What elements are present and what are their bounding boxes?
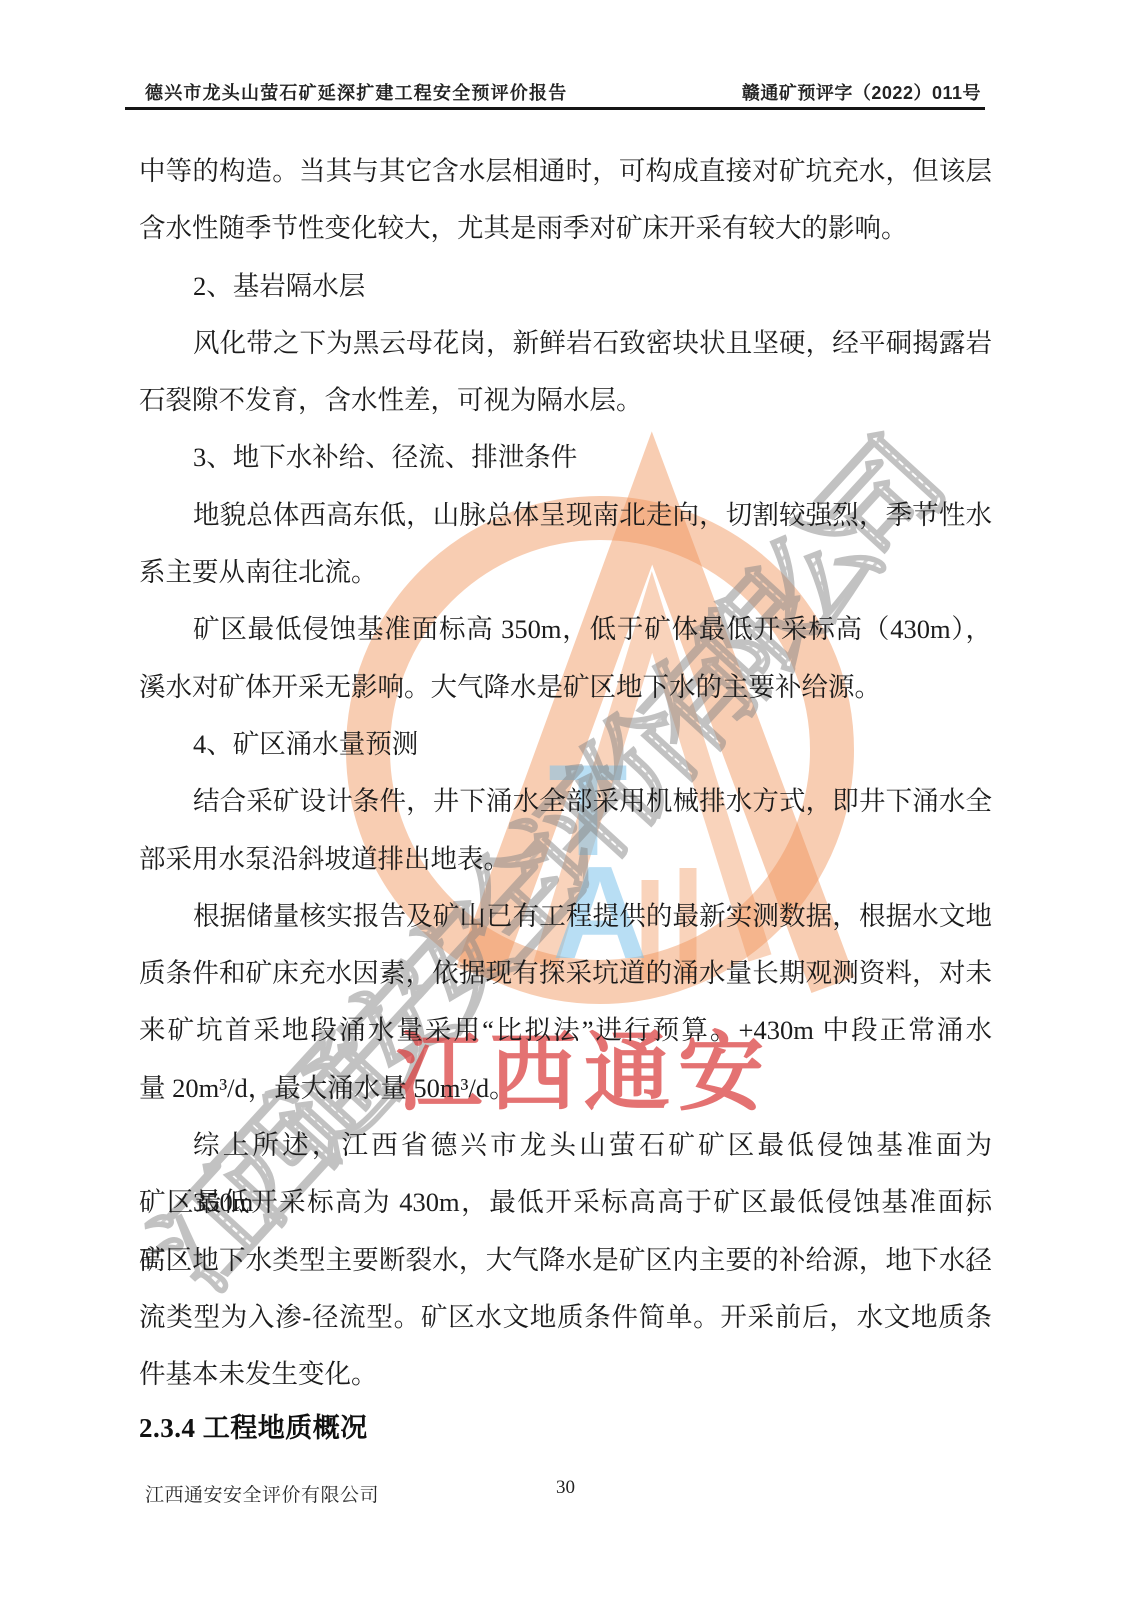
header-rule <box>125 107 985 110</box>
body-line: 质条件和矿床充水因素，依据现有探采坑道的涌水量长期观测资料，对未 <box>139 945 992 1002</box>
header-report-title: 德兴市龙头山萤石矿延深扩建工程安全预评价报告 <box>145 79 567 105</box>
body-line: 地貌总体西高东低，山脉总体呈现南北走向，切割较强烈，季节性水 <box>139 487 992 544</box>
body-line: 石裂隙不发育，含水性差，可视为隔水层。 <box>139 372 992 429</box>
body-line: 部采用水泵沿斜坡道排出地表。 <box>139 831 992 888</box>
body-line: 件基本未发生变化。 <box>139 1346 992 1403</box>
body-line: 矿区最低开采标高为 430m，最低开采标高高于矿区最低侵蚀基准面标高。 <box>139 1174 992 1231</box>
body-line: 2、基岩隔水层 <box>139 258 992 315</box>
body-line: 风化带之下为黑云母花岗，新鲜岩石致密块状且坚硬，经平硐揭露岩 <box>139 315 992 372</box>
body-line: 含水性随季节性变化较大，尤其是雨季对矿床开采有较大的影响。 <box>139 200 992 257</box>
page-number: 30 <box>0 1477 1131 1499</box>
body-line: 矿区地下水类型主要断裂水，大气降水是矿区内主要的补给源，地下水径 <box>139 1232 992 1289</box>
body-line: 中等的构造。当其与其它含水层相通时，可构成直接对矿坑充水，但该层 <box>139 143 992 200</box>
body-line: 量 20m³/d，最大涌水量 50m³/d。 <box>139 1060 992 1117</box>
document-body: 中等的构造。当其与其它含水层相通时，可构成直接对矿坑充水，但该层 含水性随季节性… <box>139 143 992 1404</box>
body-line: 溪水对矿体开采无影响。大气降水是矿区地下水的主要补给源。 <box>139 659 992 716</box>
header-doc-number: 赣通矿预评字（2022）011号 <box>742 79 981 105</box>
body-line: 结合采矿设计条件，井下涌水全部采用机械排水方式，即井下涌水全 <box>139 773 992 830</box>
section-heading: 2.3.4 工程地质概况 <box>139 1406 368 1445</box>
body-line: 3、地下水补给、径流、排泄条件 <box>139 429 992 486</box>
body-line: 系主要从南往北流。 <box>139 544 992 601</box>
body-line: 来矿坑首采地段涌水量采用“比拟法”进行预算。+430m 中段正常涌水 <box>139 1002 992 1059</box>
body-line: 流类型为入渗-径流型。矿区水文地质条件简单。开采前后，水文地质条 <box>139 1289 992 1346</box>
body-line: 综上所述，江西省德兴市龙头山萤石矿矿区最低侵蚀基准面为 350m， <box>139 1117 992 1174</box>
body-line: 矿区最低侵蚀基准面标高 350m，低于矿体最低开采标高（430m）， <box>139 601 992 658</box>
document-page: T A 江西通安安全评价有限公司 江西通安 德兴市龙头山萤石矿延深扩建工程安全预… <box>0 0 1131 1600</box>
body-line: 4、矿区涌水量预测 <box>139 716 992 773</box>
body-line: 根据储量核实报告及矿山已有工程提供的最新实测数据，根据水文地 <box>139 888 992 945</box>
